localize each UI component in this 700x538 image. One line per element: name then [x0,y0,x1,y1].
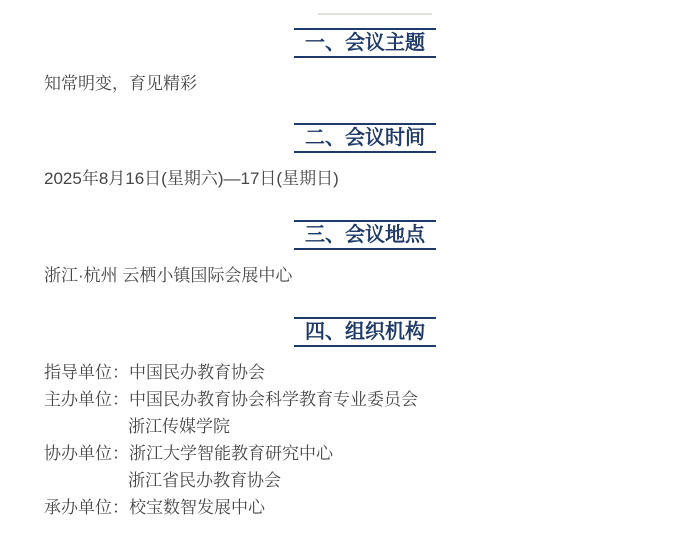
cropped-divider-fragment [318,13,432,15]
conference-theme-text: 知常明变，育见精彩 [44,70,686,97]
section-heading-theme: 一、会议主题 [294,28,436,58]
section-heading-time: 二、会议时间 [294,123,436,153]
article-page: 一、会议主题 知常明变，育见精彩 二、会议时间 2025年8月16日(星期六)—… [0,0,700,538]
organizer-list: 指导单位：中国民办教育协会 主办单位：中国民办教育协会科学教育专业委员会 浙江传… [44,359,686,521]
org-line-co-organizer: 协办单位：浙江大学智能教育研究中心 [44,440,686,467]
org-line-undertaking-unit: 承办单位：校宝数智发展中心 [44,494,686,521]
org-line-host-unit-continued: 浙江传媒学院 [44,413,686,440]
org-line-co-organizer-continued: 浙江省民办教育协会 [44,467,686,494]
conference-location-text: 浙江·杭州 云栖小镇国际会展中心 [44,262,686,289]
conference-date-text: 2025年8月16日(星期六)—17日(星期日) [44,165,686,192]
org-line-host-unit: 主办单位：中国民办教育协会科学教育专业委员会 [44,386,686,413]
section-heading-location: 三、会议地点 [294,220,436,250]
section-heading-organizers: 四、组织机构 [294,317,436,347]
org-line-guiding-unit: 指导单位：中国民办教育协会 [44,359,686,386]
